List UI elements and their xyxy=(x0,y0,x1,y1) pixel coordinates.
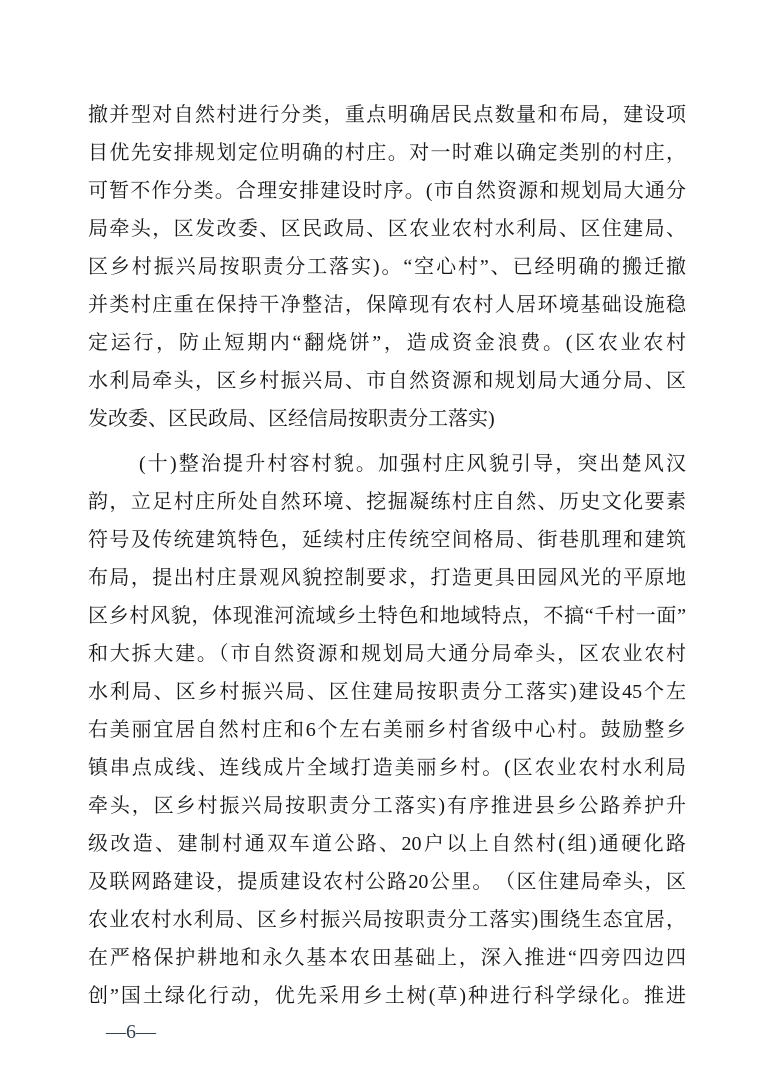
text-line: 及联网路建设，提质建设农村公路20公里。 （区住建局牵头，区 xyxy=(88,863,686,901)
text-line: 水利局、区乡村振兴局、区住建局按职责分工落实)建设45个左 xyxy=(88,673,686,711)
text-line: 发改委、区民政局、区经信局按职责分工落实) xyxy=(88,400,686,438)
document-body: 撤并型对自然村进行分类，重点明确居民点数量和布局，建设项 目优先安排规划定位明确… xyxy=(88,96,686,1015)
text-line: 在严格保护耕地和永久基本农田基础上，深入推进“四旁四边四 xyxy=(88,939,686,977)
text-line: 可暂不作分类。合理安排建设时序。(市自然资源和规划局大通分 xyxy=(88,172,686,210)
text-line: 目优先安排规划定位明确的村庄。对一时难以确定类别的村庄， xyxy=(88,134,686,172)
text-line: 镇串点成线、连线成片全域打造美丽乡村。(区农业农村水利局 xyxy=(88,749,686,787)
text-line: 牵头，区乡村振兴局按职责分工落实)有序推进县乡公路养护升 xyxy=(88,787,686,825)
text-line: 创”国土绿化行动，优先采用乡土树(草)种进行科学绿化。推进 xyxy=(88,977,686,1015)
text-line: 右美丽宜居自然村庄和6个左右美丽乡村省级中心村。鼓励整乡 xyxy=(88,711,686,749)
text-line: 局牵头，区发改委、区民政局、区农业农村水利局、区住建局、 xyxy=(88,210,686,248)
text-line: 区乡村振兴局按职责分工落实)。“空心村”、已经明确的搬迁撤 xyxy=(88,248,686,286)
paragraph-item-ten: (十)整治提升村容村貌。加强村庄风貌引导，突出楚风汉 韵，立足村庄所处自然环境、… xyxy=(88,445,686,1015)
text-line: 水利局牵头，区乡村振兴局、市自然资源和规划局大通分局、区 xyxy=(88,362,686,400)
text-line: 定运行，防止短期内“翻烧饼”，造成资金浪费。(区农业农村 xyxy=(88,324,686,362)
document-page: 撤并型对自然村进行分类，重点明确居民点数量和布局，建设项 目优先安排规划定位明确… xyxy=(0,0,770,1092)
text-line: 布局，提出村庄景观风貌控制要求，打造更具田园风光的平原地 xyxy=(88,559,686,597)
page-number: —6— xyxy=(106,1018,156,1046)
text-line: (十)整治提升村容村貌。加强村庄风貌引导，突出楚风汉 xyxy=(88,445,686,483)
text-line: 撤并型对自然村进行分类，重点明确居民点数量和布局，建设项 xyxy=(88,96,686,134)
text-line: 农业农村水利局、区乡村振兴局按职责分工落实)围绕生态宜居， xyxy=(88,901,686,939)
text-line: 韵，立足村庄所处自然环境、挖掘凝练村庄自然、历史文化要素 xyxy=(88,483,686,521)
text-line: 并类村庄重在保持干净整洁，保障现有农村人居环境基础设施稳 xyxy=(88,286,686,324)
text-line: 和大拆大建。（市自然资源和规划局大通分局牵头，区农业农村 xyxy=(88,635,686,673)
text-line: 级改造、建制村通双车道公路、20户以上自然村(组)通硬化路 xyxy=(88,825,686,863)
text-line: 区乡村风貌，体现淮河流域乡土特色和地域特点，不搞“千村一面” xyxy=(88,597,686,635)
paragraph-continuation: 撤并型对自然村进行分类，重点明确居民点数量和布局，建设项 目优先安排规划定位明确… xyxy=(88,96,686,438)
text-line: 符号及传统建筑特色，延续村庄传统空间格局、街巷肌理和建筑 xyxy=(88,521,686,559)
